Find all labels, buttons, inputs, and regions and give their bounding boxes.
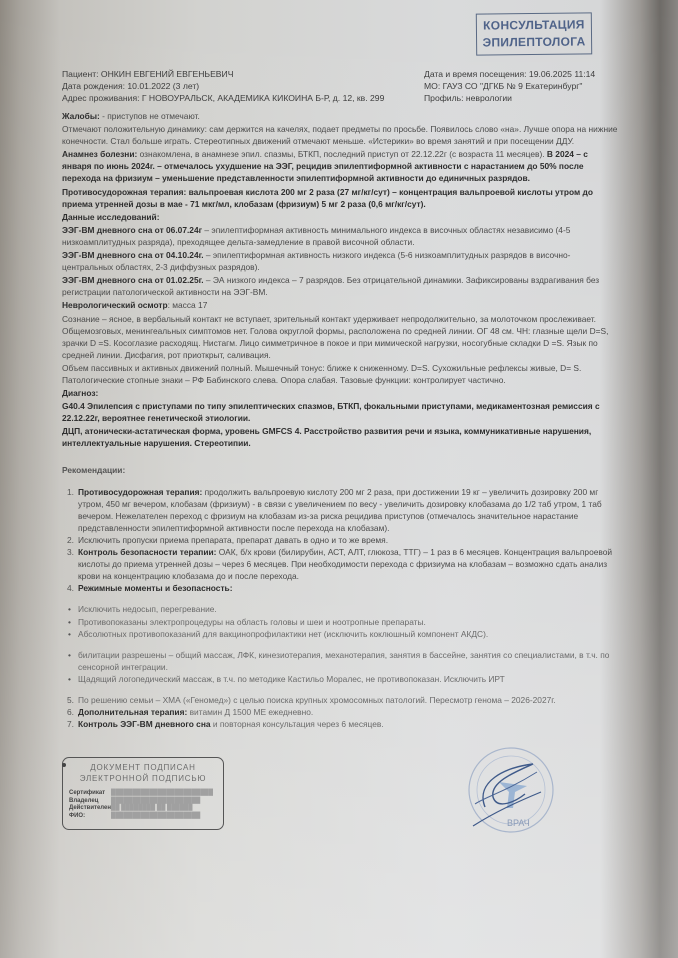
- rehab-bullets: билитации разрешены – общий массаж, ЛФК,…: [62, 649, 618, 685]
- safety-bullets: Исключить недосып, перегревание. Противо…: [62, 603, 618, 639]
- recommendations-label: Рекомендации:: [62, 464, 618, 476]
- complaints-label: Жалобы:: [62, 111, 100, 121]
- study-item: ЭЭГ-ВМ дневного сна от 04.10.24г. – эпил…: [62, 249, 618, 273]
- profile: Профиль: неврологии: [424, 92, 624, 104]
- neuro-label: Неврологический осмотр: [62, 300, 168, 310]
- recommendation-item: 1.Противосудорожная терапия: продолжить …: [78, 486, 618, 534]
- recommendation-item: 6.Дополнительная терапия: витамин Д 1500…: [78, 706, 618, 718]
- recommendation-item: 3.Контроль безопасности терапии: ОАК, б/…: [78, 546, 618, 582]
- neuro-mass: : масса 17: [168, 300, 208, 310]
- therapy-label: Противосудорожная терапия:: [62, 187, 186, 197]
- diagnosis-line: ДЦП, атонически-астатическая форма, уров…: [62, 425, 618, 449]
- document-body: Жалобы: - приступов не отмечают. Отмечаю…: [62, 110, 618, 730]
- recommendation-item: 5.По решению семьи – ХМА («Геномед») с ц…: [78, 694, 618, 706]
- anamnesis-label: Анамнез болезни:: [62, 149, 137, 159]
- study-item: ЭЭГ-ВМ дневного сна от 06.07.24г – эпиле…: [62, 224, 618, 248]
- patient-name: Пациент: ОНКИН ЕВГЕНИЙ ЕВГЕНЬЕВИЧ: [62, 68, 412, 80]
- anamnesis-text: ознакомлена, в анамнезе эпил. спазмы, БТ…: [137, 149, 547, 159]
- visit-header: Дата и время посещения: 19.06.2025 11:14…: [424, 68, 624, 104]
- neuro-paragraph: Объем пассивных и активных движений полн…: [62, 362, 618, 386]
- stamp-line-1: КОНСУЛЬТАЦИЯ: [477, 16, 591, 34]
- recommendations-list-continued: 5.По решению семьи – ХМА («Геномед») с ц…: [62, 694, 618, 730]
- recommendation-item: 4.Режимные моменты и безопасность:: [78, 582, 618, 594]
- bullet-item: билитации разрешены – общий массаж, ЛФК,…: [78, 649, 618, 673]
- study-title: ЭЭГ-ВМ дневного сна от 04.10.24г.: [62, 250, 204, 260]
- recommendation-title: Дополнительная терапия:: [78, 707, 187, 717]
- sig-row-certificate: Сертификат████████████████████████: [69, 790, 217, 798]
- recommendation-text: витамин Д 1500 МЕ ежедневно.: [187, 707, 313, 717]
- sig-title-2: ЭЛЕКТРОННОЙ ПОДПИСЬЮ: [69, 773, 217, 784]
- recommendation-title: Режимные моменты и безопасность:: [78, 583, 233, 593]
- address: Адрес проживания: Г НОВОУРАЛЬСК, АКАДЕМИ…: [62, 92, 412, 104]
- sig-row-owner: Владелец█████████████████████: [69, 798, 217, 806]
- study-title: ЭЭГ-ВМ дневного сна от 06.07.24г: [62, 225, 202, 235]
- bullet-item: Исключить недосып, перегревание.: [78, 603, 618, 615]
- study-item: ЭЭГ-ВМ дневного сна от 01.02.25г. – ЭА н…: [62, 274, 618, 298]
- sig-title-1: ДОКУМЕНТ ПОДПИСАН: [69, 762, 217, 773]
- recommendation-text: По решению семьи – ХМА («Геномед») с цел…: [78, 695, 556, 705]
- recommendation-text: и повторная консультация через 6 месяцев…: [211, 719, 384, 729]
- recommendation-item: 7.Контроль ЭЭГ-ВМ дневного сна и повторн…: [78, 718, 618, 730]
- sig-row-fio: ФИО:█████████████████████: [69, 813, 217, 821]
- scanned-document-page: КОНСУЛЬТАЦИЯ ЭПИЛЕПТОЛОГА Пациент: ОНКИН…: [0, 0, 678, 958]
- doctor-seal-icon: ВРАЧ: [455, 742, 555, 842]
- recommendation-text: Исключить пропуски приема препарата, пре…: [78, 535, 388, 545]
- stamp-line-2: ЭПИЛЕПТОЛОГА: [477, 33, 591, 51]
- consultation-stamp: КОНСУЛЬТАЦИЯ ЭПИЛЕПТОЛОГА: [476, 12, 592, 55]
- neuro-exam-heading: Неврологический осмотр: масса 17: [62, 299, 618, 311]
- diagnosis-line: G40.4 Эпилепсия с приступами по типу эпи…: [62, 400, 618, 424]
- bullet-item: Щадящий логопедический массаж, в т.ч. по…: [78, 673, 618, 685]
- recommendations-list: 1.Противосудорожная терапия: продолжить …: [62, 486, 618, 595]
- diagnosis-label: Диагноз:: [62, 387, 618, 399]
- electronic-signature-box: ДОКУМЕНТ ПОДПИСАН ЭЛЕКТРОННОЙ ПОДПИСЬЮ С…: [62, 757, 224, 830]
- recommendation-title: Противосудорожная терапия:: [78, 487, 202, 497]
- complaints-text: - приступов не отмечают.: [100, 111, 200, 121]
- studies-label: Данные исследований:: [62, 211, 618, 223]
- patient-header: Пациент: ОНКИН ЕВГЕНИЙ ЕВГЕНЬЕВИЧ Дата р…: [62, 68, 412, 104]
- study-title: ЭЭГ-ВМ дневного сна от 01.02.25г.: [62, 275, 204, 285]
- recommendation-title: Контроль безопасности терапии:: [78, 547, 216, 557]
- sig-row-valid: Действителен██ ████████ ██ ██████: [69, 805, 217, 813]
- complaints-details: Отмечают положительную динамику: сам дер…: [62, 123, 618, 147]
- anamnesis: Анамнез болезни: ознакомлена, в анамнезе…: [62, 148, 618, 184]
- bullet-item: Абсолютных противопоказаний для вакциноп…: [78, 628, 618, 640]
- signature-dot-icon: [62, 763, 66, 767]
- recommendation-item: 2.Исключить пропуски приема препарата, п…: [78, 534, 618, 546]
- therapy: Противосудорожная терапия: вальпроевая к…: [62, 186, 618, 210]
- institution: МО: ГАУЗ СО "ДГКБ № 9 Екатеринбург": [424, 80, 624, 92]
- svg-text:ВРАЧ: ВРАЧ: [507, 818, 530, 828]
- bullet-item: Противопоказаны электропроцедуры на обла…: [78, 616, 618, 628]
- neuro-paragraph: Сознание – ясное, в вербальный контакт н…: [62, 313, 618, 361]
- birth-date: Дата рождения: 10.01.2022 (3 лет): [62, 80, 412, 92]
- visit-datetime: Дата и время посещения: 19.06.2025 11:14: [424, 68, 624, 80]
- complaints: Жалобы: - приступов не отмечают.: [62, 110, 618, 122]
- recommendation-title: Контроль ЭЭГ-ВМ дневного сна: [78, 719, 211, 729]
